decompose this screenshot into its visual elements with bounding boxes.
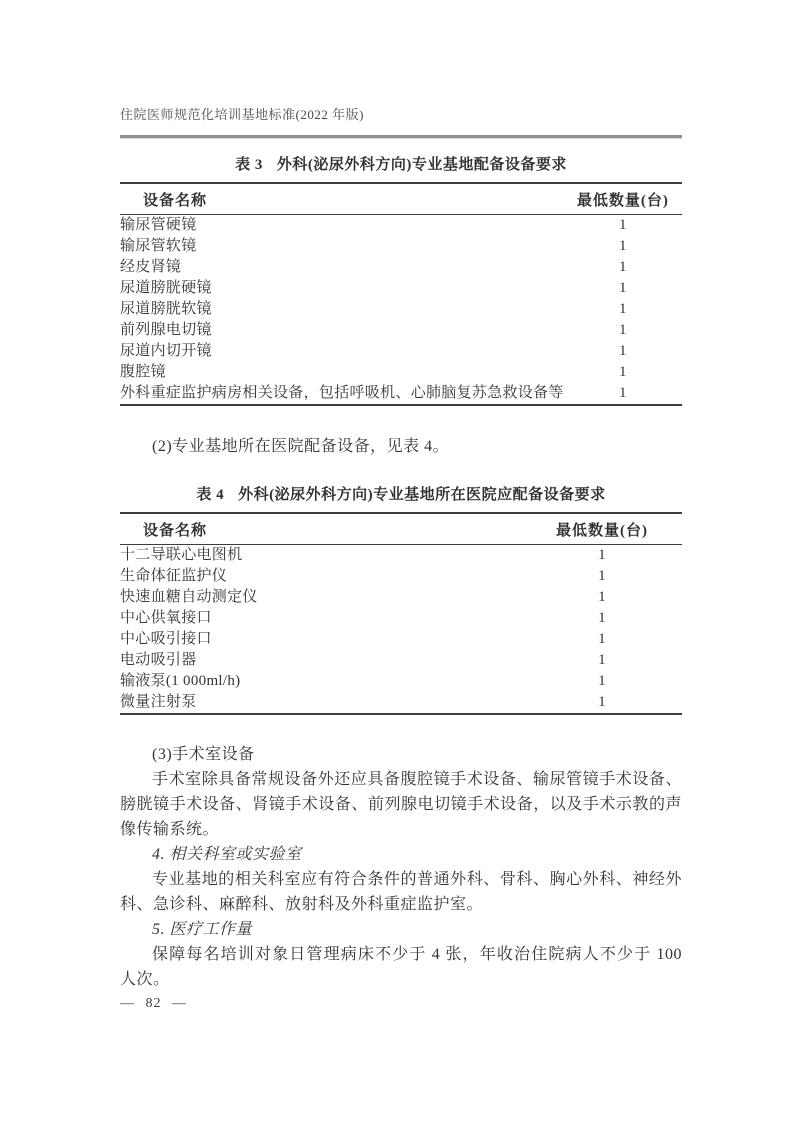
section5-paragraph: 保障每名培训对象日管理病床不少于 4 张，年收治住院病人不少于 100 人次。	[120, 942, 682, 992]
cell-qty: 1	[522, 545, 682, 567]
table-row: 输尿管硬镜1	[120, 215, 682, 237]
cell-device-name: 十二导联心电图机	[120, 545, 522, 567]
cell-qty: 1	[564, 320, 682, 341]
table-row: 前列腺电切镜1	[120, 320, 682, 341]
cell-device-name: 输尿管软镜	[120, 236, 564, 257]
cell-device-name: 腹腔镜	[120, 362, 564, 383]
table-row: 经皮肾镜1	[120, 257, 682, 278]
paragraph-hospital-equipment: (2)专业基地所在医院配备设备，见表 4。	[120, 434, 682, 459]
cell-device-name: 输尿管硬镜	[120, 215, 564, 237]
table-row: 十二导联心电图机1	[120, 545, 682, 567]
cell-qty: 1	[564, 257, 682, 278]
cell-device-name: 中心供氧接口	[120, 608, 522, 629]
table-row: 尿道膀胱软镜1	[120, 299, 682, 320]
cell-device-name: 尿道内切开镜	[120, 341, 564, 362]
cell-qty: 1	[564, 341, 682, 362]
cell-device-name: 尿道膀胱软镜	[120, 299, 564, 320]
cell-device-name: 中心吸引接口	[120, 629, 522, 650]
table4-caption: 表 4外科(泌尿外科方向)专业基地所在医院应配备设备要求	[120, 485, 682, 505]
section4-heading: 4. 相关科室或实验室	[120, 842, 682, 867]
cell-qty: 1	[564, 278, 682, 299]
table-row: 尿道内切开镜1	[120, 341, 682, 362]
cell-device-name: 快速血糖自动测定仪	[120, 587, 522, 608]
cell-qty: 1	[564, 215, 682, 237]
document-page: 住院医师规范化培训基地标准(2022 年版) 表 3外科(泌尿外科方向)专业基地…	[0, 0, 800, 1131]
page-content: 住院医师规范化培训基地标准(2022 年版) 表 3外科(泌尿外科方向)专业基地…	[120, 0, 682, 1012]
equipment-table-3: 设备名称 最低数量(台) 输尿管硬镜1 输尿管软镜1 经皮肾镜1 尿道膀胱硬镜1…	[120, 182, 682, 406]
table4-caption-label: 表 4	[196, 487, 224, 503]
cell-qty: 1	[522, 566, 682, 587]
cell-device-name: 微量注射泵	[120, 692, 522, 714]
running-head: 住院医师规范化培训基地标准(2022 年版)	[120, 106, 682, 124]
table-row: 输尿管软镜1	[120, 236, 682, 257]
section4-paragraph: 专业基地的相关科室应有符合条件的普通外科、骨科、胸心外科、神经外科、急诊科、麻醉…	[120, 867, 682, 917]
section5-heading: 5. 医疗工作量	[120, 917, 682, 942]
cell-qty: 1	[522, 692, 682, 714]
cell-device-name: 尿道膀胱硬镜	[120, 278, 564, 299]
table-row: 腹腔镜1	[120, 362, 682, 383]
table-row: 微量注射泵1	[120, 692, 682, 714]
table-row: 中心吸引接口1	[120, 629, 682, 650]
table-row: 电动吸引器1	[120, 650, 682, 671]
table4-column-header-qty: 最低数量(台)	[522, 513, 682, 545]
header-rule	[120, 135, 682, 139]
cell-qty: 1	[522, 650, 682, 671]
cell-device-name: 外科重症监护病房相关设备，包括呼吸机、心肺脑复苏急救设备等	[120, 383, 564, 405]
table3-header-row: 设备名称 最低数量(台)	[120, 183, 682, 215]
table4-column-header-name: 设备名称	[120, 513, 522, 545]
table-row: 快速血糖自动测定仪1	[120, 587, 682, 608]
table3-column-header-qty: 最低数量(台)	[564, 183, 682, 215]
table4-header-row: 设备名称 最低数量(台)	[120, 513, 682, 545]
cell-qty: 1	[522, 587, 682, 608]
table-row: 生命体征监护仪1	[120, 566, 682, 587]
table-row: 输液泵(1 000ml/h)1	[120, 671, 682, 692]
section3-heading: (3)手术室设备	[120, 742, 682, 767]
cell-device-name: 前列腺电切镜	[120, 320, 564, 341]
cell-device-name: 输液泵(1 000ml/h)	[120, 671, 522, 692]
table3-column-header-name: 设备名称	[120, 183, 564, 215]
cell-qty: 1	[564, 362, 682, 383]
table4-caption-title: 外科(泌尿外科方向)专业基地所在医院应配备设备要求	[238, 487, 606, 503]
table3-caption-label: 表 3	[235, 157, 263, 173]
cell-qty: 1	[522, 671, 682, 692]
section3-paragraph: 手术室除具备常规设备外还应具备腹腔镜手术设备、输尿管镜手术设备、膀胱镜手术设备、…	[120, 767, 682, 842]
body-text-sections: (3)手术室设备 手术室除具备常规设备外还应具备腹腔镜手术设备、输尿管镜手术设备…	[120, 742, 682, 992]
cell-qty: 1	[522, 608, 682, 629]
cell-qty: 1	[564, 299, 682, 320]
table3-caption: 表 3外科(泌尿外科方向)专业基地配备设备要求	[120, 155, 682, 175]
table-row: 中心供氧接口1	[120, 608, 682, 629]
cell-qty: 1	[564, 236, 682, 257]
equipment-table-4: 设备名称 最低数量(台) 十二导联心电图机1 生命体征监护仪1 快速血糖自动测定…	[120, 512, 682, 715]
table3-caption-title: 外科(泌尿外科方向)专业基地配备设备要求	[277, 157, 567, 173]
cell-qty: 1	[564, 383, 682, 405]
cell-device-name: 生命体征监护仪	[120, 566, 522, 587]
cell-device-name: 经皮肾镜	[120, 257, 564, 278]
cell-qty: 1	[522, 629, 682, 650]
cell-device-name: 电动吸引器	[120, 650, 522, 671]
page-number: — 82 —	[120, 996, 682, 1012]
table-row: 外科重症监护病房相关设备，包括呼吸机、心肺脑复苏急救设备等1	[120, 383, 682, 405]
table-row: 尿道膀胱硬镜1	[120, 278, 682, 299]
